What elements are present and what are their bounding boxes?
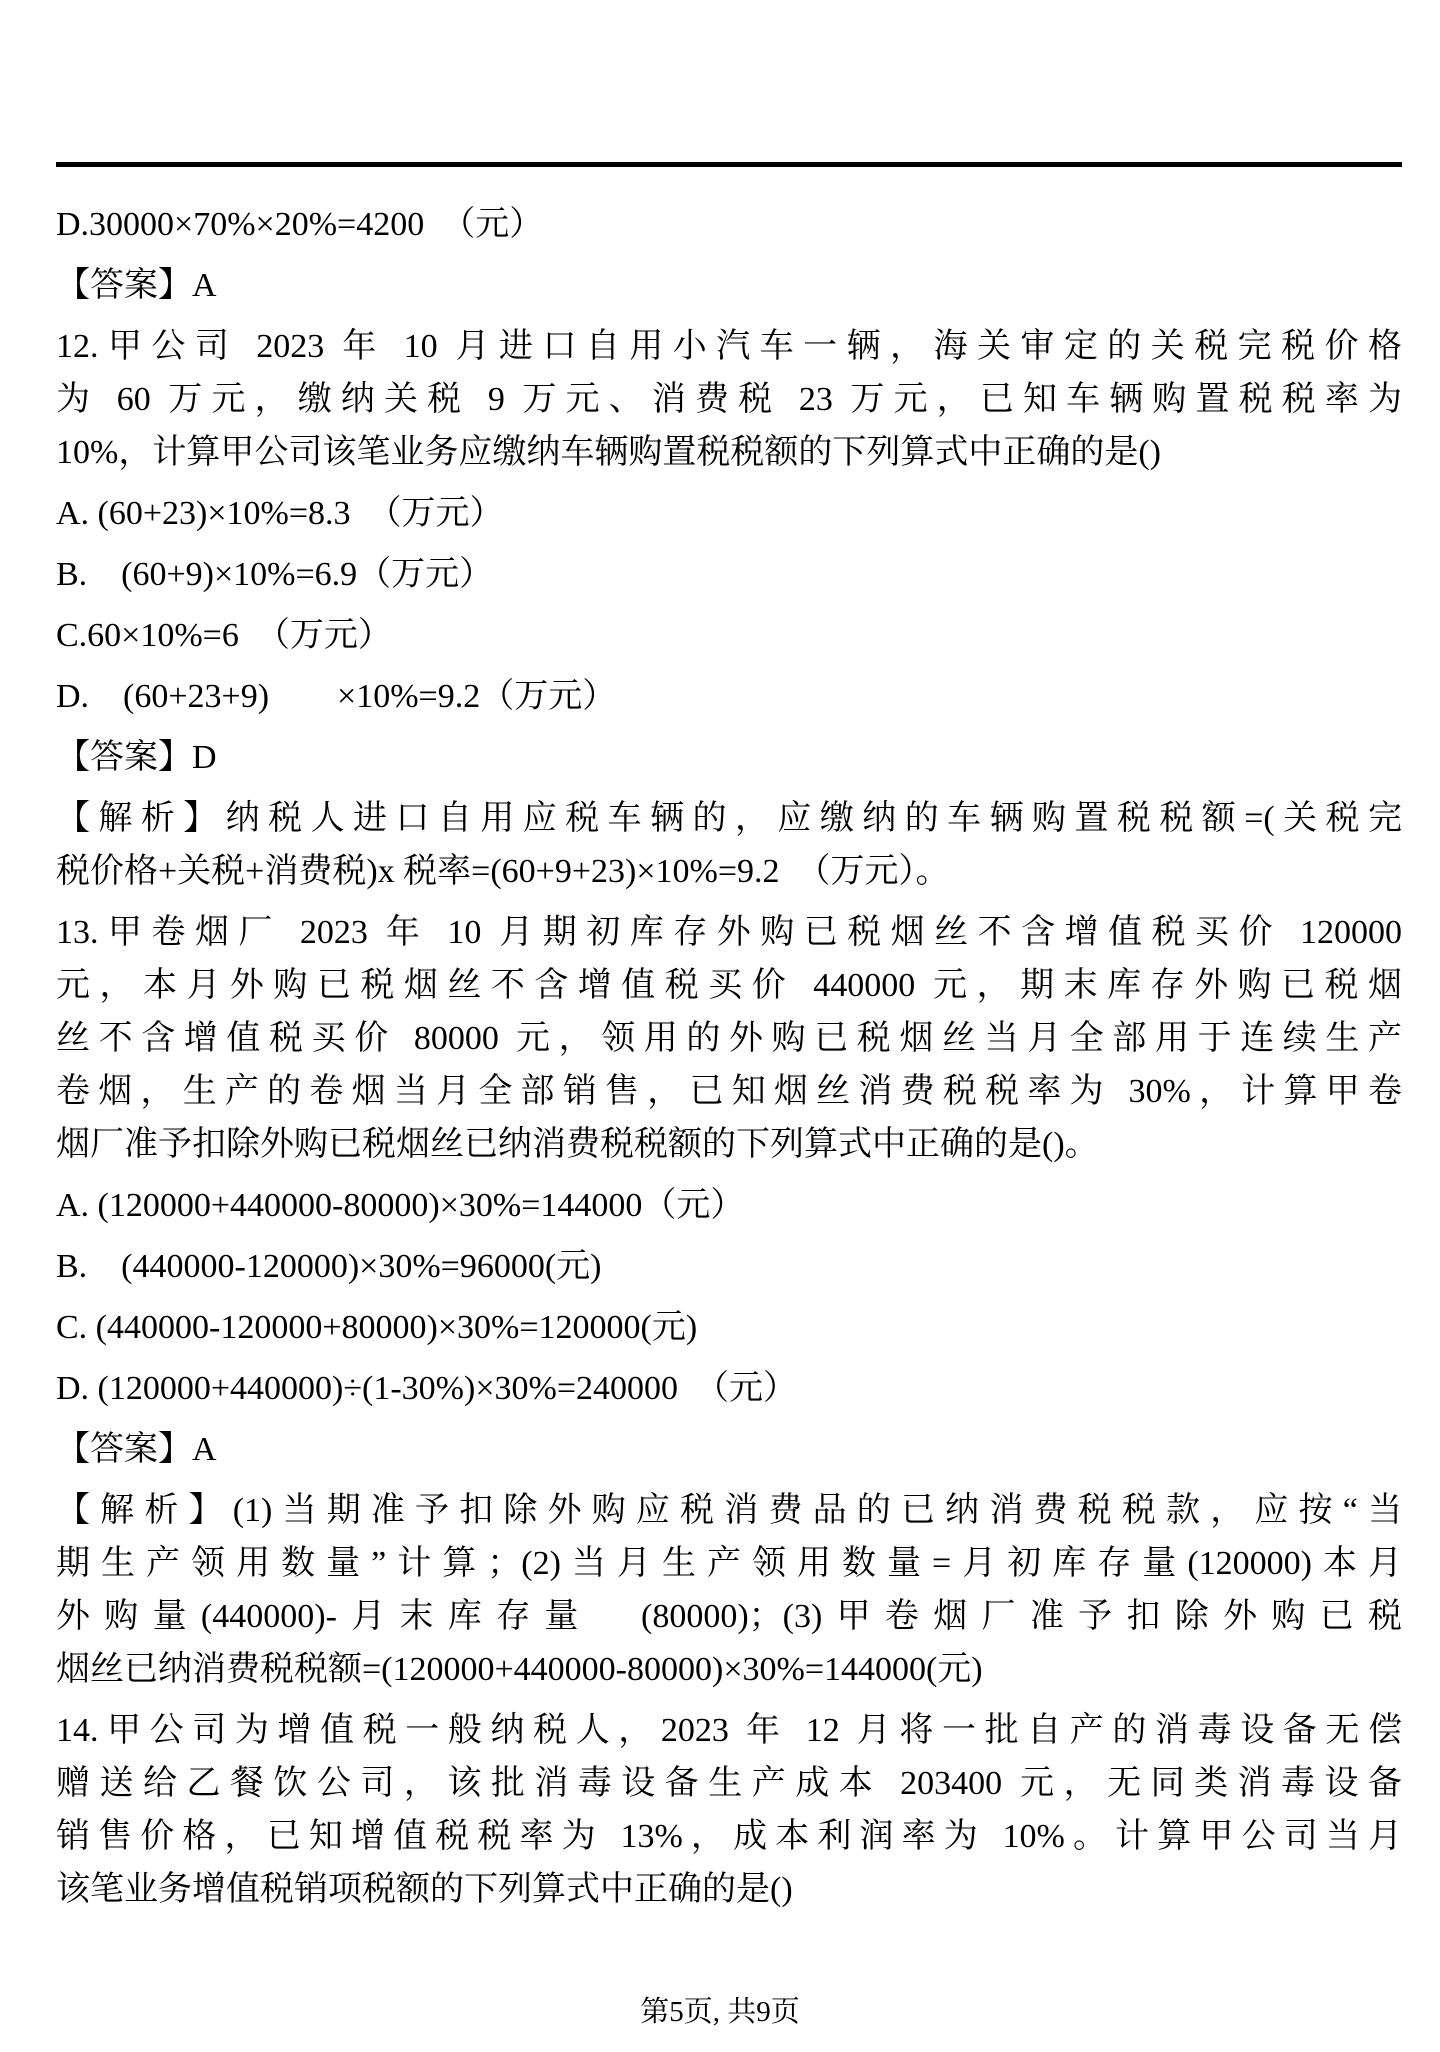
question-block: 14.甲公司为增值税一般纳税人，2023 年 12 月将一批自产的消毒设备无偿赠… xyxy=(56,1704,1402,1916)
text-line: 【解析】(1)当期准予扣除外购应税消费品的已纳消费税税款，应按“当 xyxy=(56,1484,1402,1537)
text-line: B. (440000-120000)×30%=96000(元) xyxy=(56,1240,1402,1293)
text-line: 烟厂准予扣除外购已税烟丝已纳消费税税额的下列算式中正确的是()。 xyxy=(56,1118,1402,1171)
text-line: 【答案】D xyxy=(56,731,1402,784)
text-line: 【答案】A xyxy=(56,1423,1402,1476)
option-block: B. (440000-120000)×30%=96000(元) xyxy=(56,1240,1402,1293)
option-block: A. (60+23)×10%=8.3 （万元） xyxy=(56,487,1402,540)
question-block: 12.甲公司 2023 年 10 月进口自用小汽车一辆，海关审定的关税完税价格为… xyxy=(56,320,1402,479)
option-block: A. (120000+440000-80000)×30%=144000（元） xyxy=(56,1179,1402,1232)
text-line: 元，本月外购已税烟丝不含增值税买价 440000 元，期末库存外购已税烟 xyxy=(56,959,1402,1012)
text-line: D. (60+23+9) ×10%=9.2（万元） xyxy=(56,670,1402,723)
answer-block: 【答案】D xyxy=(56,731,1402,784)
text-line: D. (120000+440000)÷(1-30%)×30%=240000 （元… xyxy=(56,1362,1402,1415)
analysis-block: 【解析】(1)当期准予扣除外购应税消费品的已纳消费税税款，应按“当期生产领用数量… xyxy=(56,1484,1402,1696)
text-line: 外购量(440000)-月末库存量 (80000)；(3)甲卷烟厂准予扣除外购已… xyxy=(56,1590,1402,1643)
text-line: 赠送给乙餐饮公司，该批消毒设备生产成本 203400 元，无同类消毒设备 xyxy=(56,1757,1402,1810)
option-block: D. (60+23+9) ×10%=9.2（万元） xyxy=(56,670,1402,723)
text-line: A. (60+23)×10%=8.3 （万元） xyxy=(56,487,1402,540)
text-line: 为 60 万元，缴纳关税 9 万元、消费税 23 万元，已知车辆购置税税率为 xyxy=(56,373,1402,426)
option-block: D. (120000+440000)÷(1-30%)×30%=240000 （元… xyxy=(56,1362,1402,1415)
text-line: 12.甲公司 2023 年 10 月进口自用小汽车一辆，海关审定的关税完税价格 xyxy=(56,320,1402,373)
text-line: B. (60+9)×10%=6.9（万元） xyxy=(56,548,1402,601)
answer-block: 【答案】A xyxy=(56,1423,1402,1476)
text-line: C. (440000-120000+80000)×30%=120000(元) xyxy=(56,1301,1402,1354)
option-block: C.60×10%=6 （万元） xyxy=(56,609,1402,662)
text-line: 烟丝已纳消费税税额=(120000+440000-80000)×30%=1440… xyxy=(56,1643,1402,1696)
text-line: 该笔业务增值税销项税额的下列算式中正确的是() xyxy=(56,1863,1402,1916)
text-line: 期生产领用数量”计算；(2)当月生产领用数量=月初库存量(120000)本月 xyxy=(56,1537,1402,1590)
option-block: C. (440000-120000+80000)×30%=120000(元) xyxy=(56,1301,1402,1354)
question-block: 13.甲卷烟厂 2023 年 10 月期初库存外购已税烟丝不含增值税买价 120… xyxy=(56,906,1402,1171)
text-line: 税价格+关税+消费税)x 税率=(60+9+23)×10%=9.2 （万元）。 xyxy=(56,845,1402,898)
text-line: 卷烟，生产的卷烟当月全部销售，已知烟丝消费税税率为 30%，计算甲卷 xyxy=(56,1065,1402,1118)
text-line: 销售价格，已知增值税税率为 13%，成本利润率为 10%。计算甲公司当月 xyxy=(56,1810,1402,1863)
text-line: 10%，计算甲公司该笔业务应缴纳车辆购置税税额的下列算式中正确的是() xyxy=(56,426,1402,479)
text-line: 14.甲公司为增值税一般纳税人，2023 年 12 月将一批自产的消毒设备无偿 xyxy=(56,1704,1402,1757)
text-line: A. (120000+440000-80000)×30%=144000（元） xyxy=(56,1179,1402,1232)
text-line: D.30000×70%×20%=4200 （元） xyxy=(56,198,1402,251)
text-line: 13.甲卷烟厂 2023 年 10 月期初库存外购已税烟丝不含增值税买价 120… xyxy=(56,906,1402,959)
text-line: 丝不含增值税买价 80000 元，领用的外购已税烟丝当月全部用于连续生产 xyxy=(56,1012,1402,1065)
document-body: D.30000×70%×20%=4200 （元）【答案】A12.甲公司 2023… xyxy=(56,198,1402,1916)
page-number-label: 第5页, 共9页 xyxy=(640,1996,800,2028)
page-footer: 第5页, 共9页 xyxy=(0,1992,1440,2032)
option-block: B. (60+9)×10%=6.9（万元） xyxy=(56,548,1402,601)
page-top-rule xyxy=(56,162,1402,167)
analysis-block: 【解析】纳税人进口自用应税车辆的，应缴纳的车辆购置税税额=(关税完税价格+关税+… xyxy=(56,792,1402,898)
text-line: 【答案】A xyxy=(56,259,1402,312)
text-line: C.60×10%=6 （万元） xyxy=(56,609,1402,662)
answer-block: 【答案】A xyxy=(56,259,1402,312)
text-line: 【解析】纳税人进口自用应税车辆的，应缴纳的车辆购置税税额=(关税完 xyxy=(56,792,1402,845)
option-block: D.30000×70%×20%=4200 （元） xyxy=(56,198,1402,251)
